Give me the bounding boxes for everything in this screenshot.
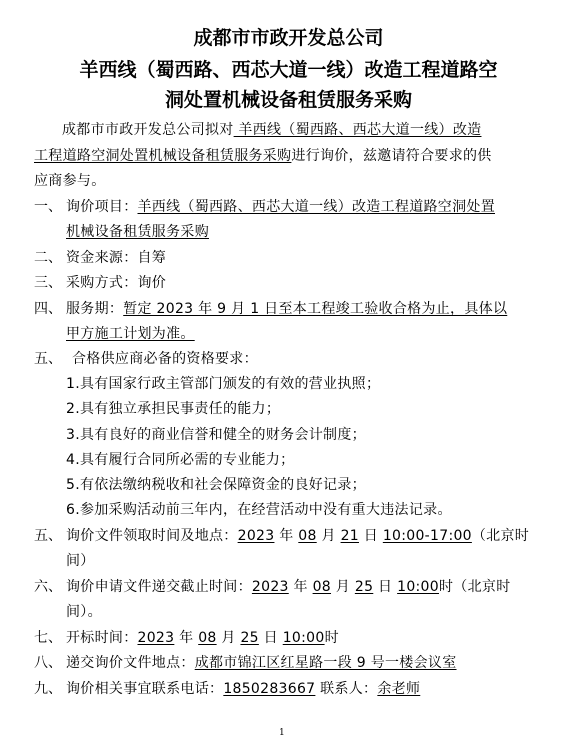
- item-number: 四、: [34, 300, 62, 318]
- requirement-2: 2.具有独立承担民事责任的能力；: [66, 400, 280, 418]
- item-fund-source: 资金来源：自筹: [66, 249, 166, 267]
- item-opening-time: 开标时间：2023 年 08 月 25 日 10:00时: [66, 629, 339, 647]
- item-number: 六、: [34, 578, 62, 596]
- item-contact: 询价相关事宜联系电话：1850283667 联系人：余老师: [66, 680, 420, 698]
- requirement-5: 5.有依法缴纳税收和社会保障资金的良好记录；: [66, 476, 366, 494]
- item-document-pickup-cont: 间）: [66, 552, 95, 570]
- intro-line1: 成都市市政开发总公司拟对 羊西线（蜀西路、西芯大道一线）改造: [62, 121, 481, 139]
- item-submission-address: 递交询价文件地点：成都市锦江区红星路一段 9 号一楼会议室: [66, 654, 457, 672]
- title-project-line2: 洞处置机械设备租赁服务采购: [0, 88, 577, 112]
- contact-phone: 1850283667: [223, 681, 315, 697]
- intro-line3: 应商参与。: [34, 172, 106, 190]
- title-project-line1: 羊西线（蜀西路、西芯大道一线）改造工程道路空: [0, 58, 577, 82]
- item-number: 三、: [34, 274, 62, 292]
- item-procurement-method: 采购方式：询价: [66, 274, 166, 292]
- requirement-1: 1.具有国家行政主管部门颁发的有效的营业执照；: [66, 375, 380, 393]
- item-document-pickup: 询价文件领取时间及地点：2023 年 08 月 21 日 10:00-17:00…: [66, 527, 529, 545]
- item-number: 七、: [34, 629, 62, 647]
- item-number: 五、: [34, 350, 62, 368]
- item-number: 九、: [34, 680, 62, 698]
- item-number: 五、: [34, 527, 62, 545]
- item-service-period: 服务期：暂定 2023 年 9 月 1 日至本工程竣工验收合格为止，具体以: [66, 300, 507, 318]
- item-qualifications: 合格供应商必备的资格要求：: [72, 350, 258, 368]
- requirement-6: 6.参加采购活动前三年内，在经营活动中没有重大违法记录。: [66, 501, 452, 519]
- intro-line2: 工程道路空洞处置机械设备租赁服务采购进行询价，兹邀请符合要求的供: [34, 147, 492, 165]
- item-submission-deadline-cont: 间）。: [66, 603, 102, 621]
- item-service-period-cont: 甲方施工计划为准。: [66, 325, 195, 343]
- item-submission-deadline: 询价申请文件递交截止时间：2023 年 08 月 25 日 10:00时（北京时: [66, 578, 511, 596]
- item-number: 二、: [34, 249, 62, 267]
- requirement-4: 4.具有履行合同所必需的专业能力；: [66, 451, 294, 469]
- page-number: 1: [279, 728, 285, 738]
- item-number: 八、: [34, 654, 62, 672]
- title-company: 成都市市政开发总公司: [0, 26, 577, 50]
- contact-person: 余老师: [377, 681, 420, 697]
- item-inquiry-project: 询价项目：羊西线（蜀西路、西芯大道一线）改造工程道路空洞处置: [66, 198, 495, 216]
- intro-project-name: 羊西线（蜀西路、西芯大道一线）改造: [234, 122, 482, 138]
- item-inquiry-project-cont: 机械设备租赁服务采购: [66, 223, 209, 241]
- requirement-3: 3.具有良好的商业信誉和健全的财务会计制度；: [66, 426, 366, 444]
- item-number: 一、: [34, 198, 62, 216]
- intro-project-name-cont: 工程道路空洞处置机械设备租赁服务采购: [34, 148, 291, 164]
